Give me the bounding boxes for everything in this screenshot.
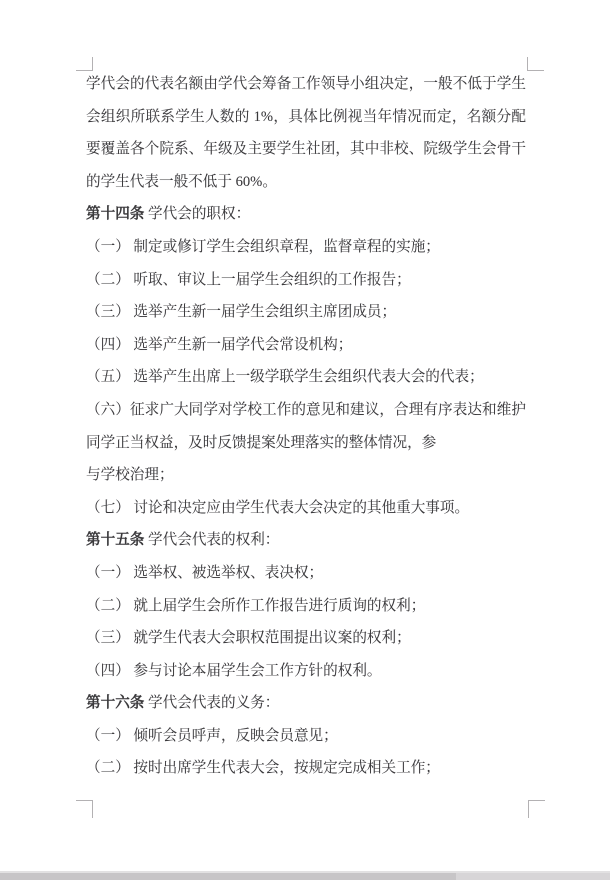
- document-line: （四） 参与讨论本届学生会工作方针的权利。: [86, 655, 526, 688]
- document-line: 与学校治理；: [86, 459, 526, 492]
- article-number: 第十五条: [86, 532, 144, 548]
- document-line: 学代会的代表名额由学代会筹备工作领导小组决定，一般不低于学生: [86, 68, 526, 101]
- document-line: 同学正当权益，及时反馈提案处理落实的整体情况，参: [86, 427, 526, 460]
- document-line: 的学生代表一般不低于 60%。: [86, 166, 526, 199]
- document-line: （六）征求广大同学对学校工作的意见和建议，合理有序表达和维护: [86, 394, 526, 427]
- document-line: 第十四条 学代会的职权：: [86, 198, 526, 231]
- document-line: 第十五条 学代会代表的权利：: [86, 524, 526, 557]
- document-line: 要覆盖各个院系、年级及主要学生社团，其中非校、院级学生会骨干: [86, 133, 526, 166]
- bottom-bar-left-segment: [0, 871, 456, 880]
- document-page: 学代会的代表名额由学代会筹备工作领导小组决定，一般不低于学生会组织所联系学生人数…: [0, 0, 610, 880]
- bottom-bar: [0, 871, 610, 880]
- bottom-bar-right-segment: [456, 871, 610, 880]
- document-line: 第十六条 学代会代表的义务：: [86, 687, 526, 720]
- document-line: （三） 就学生代表大会职权范围提出议案的权利；: [86, 622, 526, 655]
- document-line: （二） 按时出席学生代表大会，按规定完成相关工作；: [86, 752, 526, 785]
- document-line: （一） 选举权、被选举权、表决权；: [86, 557, 526, 590]
- article-number: 第十六条: [86, 695, 144, 711]
- text-boundary-mark-bottom-left: [76, 800, 93, 818]
- document-line: （三） 选举产生新一届学生会组织主席团成员；: [86, 296, 526, 329]
- document-line: 会组织所联系学生人数的 1%，具体比例视当年情况而定，名额分配: [86, 101, 526, 134]
- document-line: （二） 听取、审议上一届学生会组织的工作报告；: [86, 264, 526, 297]
- document-line: （一） 制定或修订学生会组织章程，监督章程的实施；: [86, 231, 526, 264]
- document-line: （五） 选举产生出席上一级学联学生会组织代表大会的代表；: [86, 361, 526, 394]
- text-boundary-mark-top-right: [527, 57, 544, 71]
- document-line: （二） 就上届学生会所作工作报告进行质询的权利；: [86, 590, 526, 623]
- document-line: （一） 倾听会员呼声，反映会员意见；: [86, 720, 526, 753]
- document-line: （四） 选举产生新一届学代会常设机构；: [86, 329, 526, 362]
- text-boundary-mark-bottom-right: [528, 800, 545, 818]
- document-line: （七） 讨论和决定应由学生代表大会决定的其他重大事项。: [86, 492, 526, 525]
- article-number: 第十四条: [86, 206, 144, 222]
- document-text: 学代会的代表名额由学代会筹备工作领导小组决定，一般不低于学生会组织所联系学生人数…: [86, 68, 526, 785]
